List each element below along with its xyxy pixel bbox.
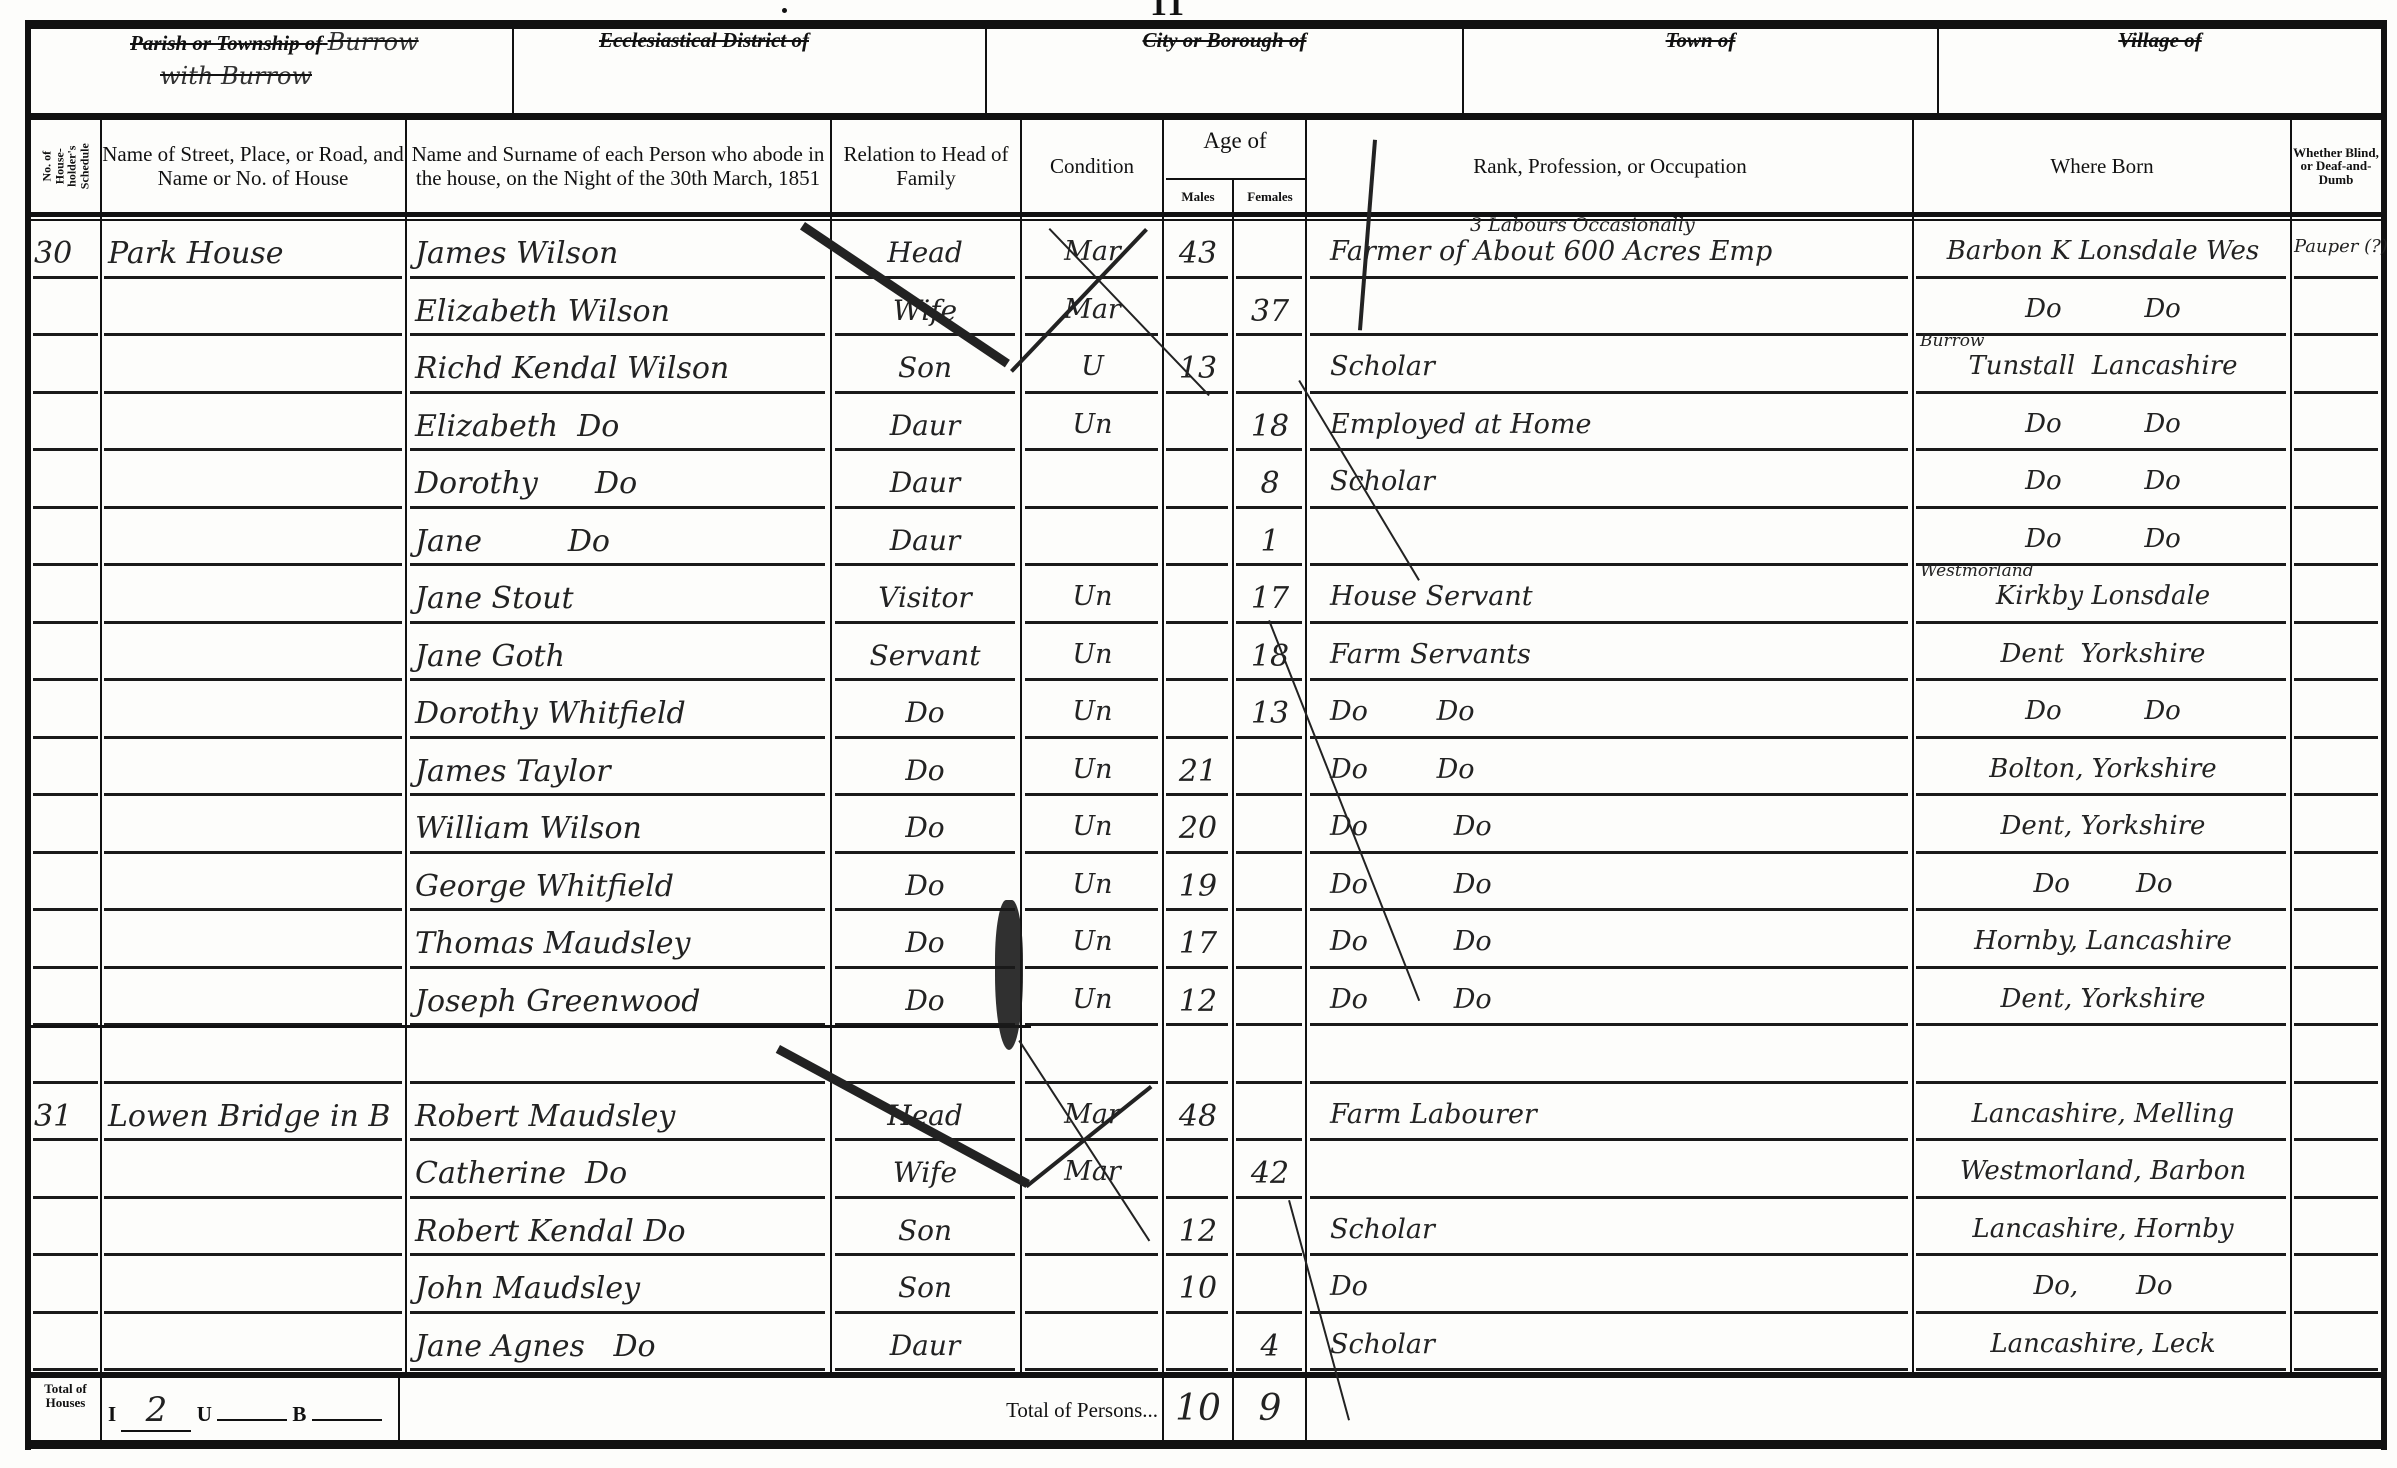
row-rule: [1166, 1023, 1228, 1026]
row-rule: [410, 1138, 825, 1141]
row-rule: [104, 276, 402, 279]
cell-name: Thomas Maudsley: [415, 926, 825, 961]
row-rule: [1236, 966, 1302, 969]
row-rule: [33, 621, 98, 624]
cell-occupation: Farmer of About 600 Acres Emp: [1330, 236, 1910, 267]
col-header-schedule: No. of House-holder's Schedule: [31, 120, 100, 212]
cell-female-age: 1: [1236, 524, 1304, 559]
row-rule: [104, 506, 402, 509]
building-label: B: [292, 1402, 306, 1426]
cell-born: Lancashire, Leck: [1918, 1329, 2288, 1359]
row-rule: [1166, 276, 1228, 279]
row-rule: [1916, 851, 2286, 854]
row-rule: [1236, 736, 1302, 739]
row-rule: [410, 1311, 825, 1314]
row-rule: [835, 333, 1015, 336]
cell-occupation: House Servant: [1330, 581, 1910, 612]
cell-name: Dorothy Do: [415, 466, 825, 501]
row-rule: [104, 1081, 402, 1084]
row-rule: [33, 1311, 98, 1314]
cell-condition: Mar: [1025, 236, 1160, 267]
cell-condition: Un: [1025, 581, 1160, 612]
row-rule: [410, 506, 825, 509]
row-rule: [1916, 793, 2286, 796]
cell-male-age: 21: [1166, 754, 1230, 789]
row-rule: [2294, 621, 2378, 624]
cell-relation: Visitor: [835, 581, 1015, 614]
row-rule: [2294, 1368, 2378, 1371]
row-rule: [835, 793, 1015, 796]
row-rule: [2294, 1311, 2378, 1314]
row-rule: [1236, 391, 1302, 394]
row-rule: [33, 1253, 98, 1256]
row-rule: [1236, 1196, 1302, 1199]
cell-born: Tunstall Lancashire: [1918, 351, 2288, 381]
row-rule: [1310, 1253, 1908, 1256]
row-rule: [835, 563, 1015, 566]
cell-name: Dorothy Whitfield: [415, 696, 825, 731]
cell-name: James Taylor: [415, 754, 825, 789]
row-rule: [410, 391, 825, 394]
cell-occupation: Do Do: [1330, 811, 1910, 842]
row-rule: [1236, 276, 1302, 279]
row-rule: [1310, 1081, 1908, 1084]
row-rule: [1916, 908, 2286, 911]
ink-blot: [995, 900, 1023, 1050]
cell-occupation: Do Do: [1330, 869, 1910, 900]
parish-field: Parish or Township of Burrow with Burrow: [110, 28, 510, 108]
row-rule: [1025, 966, 1158, 969]
row-rule: [2294, 678, 2378, 681]
cell-born: Dent, Yorkshire: [1918, 811, 2288, 841]
row-rule: [1025, 621, 1158, 624]
cell-born: Dent, Yorkshire: [1918, 984, 2288, 1014]
col-header-born: Where Born: [1914, 120, 2290, 212]
cell-occupation: Do: [1330, 1271, 1910, 1302]
cell-condition: Un: [1025, 639, 1160, 670]
row-rule: [2294, 1138, 2378, 1141]
cell-occupation: Farm Servants: [1330, 639, 1910, 670]
row-rule: [1025, 563, 1158, 566]
row-rule: [1166, 506, 1228, 509]
row-rule: [1310, 793, 1908, 796]
row-rule: [1166, 793, 1228, 796]
row-rule: [835, 1081, 1015, 1084]
row-rule: [1236, 1311, 1302, 1314]
cell-name: Robert Maudsley: [415, 1099, 825, 1134]
cell-born: Dent Yorkshire: [1918, 639, 2288, 669]
row-rule: [835, 1368, 1015, 1371]
row-rule: [1166, 1311, 1228, 1314]
household-end-line: [31, 1025, 1031, 1028]
row-rule: [410, 1081, 825, 1084]
row-rule: [1916, 1081, 2286, 1084]
row-rule: [2294, 276, 2378, 279]
cell-born: Kirkby Lonsdale: [1918, 581, 2288, 611]
row-rule: [1310, 678, 1908, 681]
cell-name: Robert Kendal Do: [415, 1214, 825, 1249]
row-rule: [1310, 276, 1908, 279]
row-rule: [1236, 1368, 1302, 1371]
row-rule: [835, 621, 1015, 624]
row-rule: [33, 736, 98, 739]
cell-relation: Do: [835, 869, 1015, 902]
row-rule: [1916, 448, 2286, 451]
cell-name: George Whitfield: [415, 869, 825, 904]
address: Lowen Bridge in B: [108, 1099, 403, 1134]
row-rule: [104, 333, 402, 336]
row-rule: [1310, 1311, 1908, 1314]
row-rule: [1166, 621, 1228, 624]
row-rule: [835, 1253, 1015, 1256]
row-rule: [1025, 1253, 1158, 1256]
col-header-street: Name of Street, Place, or Road, and Name…: [102, 120, 404, 212]
cell-relation: Daur: [835, 466, 1015, 499]
cell-female-age: 18: [1236, 409, 1304, 444]
cell-name: Jane Stout: [415, 581, 825, 616]
row-rule: [33, 1081, 98, 1084]
column-header-divider: [25, 212, 2387, 217]
cell-female-age: 18: [1236, 639, 1304, 674]
row-rule: [1310, 621, 1908, 624]
address: Park House: [108, 236, 403, 271]
cell-condition: Un: [1025, 984, 1160, 1015]
cell-male-age: 12: [1166, 984, 1230, 1019]
row-rule: [33, 793, 98, 796]
cell-relation: Do: [835, 696, 1015, 729]
row-rule: [2294, 1081, 2378, 1084]
row-rule: [835, 1311, 1015, 1314]
row-rule: [1236, 908, 1302, 911]
row-rule: [1916, 1196, 2286, 1199]
cell-name: John Maudsley: [415, 1271, 825, 1306]
cell-relation: Daur: [835, 1329, 1015, 1362]
row-rule: [33, 1368, 98, 1371]
inhabited-label: I: [108, 1402, 116, 1426]
row-rule: [410, 851, 825, 854]
cell-female-age: 42: [1236, 1156, 1304, 1191]
cell-condition: Un: [1025, 869, 1160, 900]
row-rule: [1236, 448, 1302, 451]
row-rule: [33, 333, 98, 336]
frame-bottom: [25, 1440, 2387, 1449]
row-rule: [1166, 851, 1228, 854]
row-rule: [33, 563, 98, 566]
row-rule: [835, 678, 1015, 681]
cell-relation: Servant: [835, 639, 1015, 672]
row-rule: [33, 1138, 98, 1141]
cell-name: Jane Goth: [415, 639, 825, 674]
cell-name: Jane Do: [415, 524, 825, 559]
row-rule: [104, 448, 402, 451]
cell-occupation: Do Do: [1330, 696, 1910, 727]
row-rule: [1236, 563, 1302, 566]
born-note: Westmorland: [1920, 561, 2034, 581]
building-value: [312, 1419, 382, 1421]
row-rule: [1916, 678, 2286, 681]
cell-occupation: Farm Labourer: [1330, 1099, 1910, 1130]
row-rule: [104, 908, 402, 911]
cell-born: Barbon K Lonsdale Wes: [1918, 236, 2288, 266]
houses-totals: I 2 U B: [108, 1390, 398, 1430]
row-rule: [1166, 1368, 1228, 1371]
row-rule: [2294, 736, 2378, 739]
col-header-females: Females: [1234, 182, 1306, 212]
cell-born: Do Do: [1918, 409, 2288, 439]
row-rule: [1025, 793, 1158, 796]
row-rule: [33, 908, 98, 911]
row-rule: [835, 908, 1015, 911]
row-rule: [104, 391, 402, 394]
row-rule: [33, 966, 98, 969]
cell-male-age: 19: [1166, 869, 1230, 904]
cell-born: Do Do: [1918, 466, 2288, 496]
col-header-relation: Relation to Head of Family: [832, 120, 1020, 212]
row-rule: [410, 333, 825, 336]
row-rule: [1310, 1196, 1908, 1199]
cell-name: William Wilson: [415, 811, 825, 846]
ecclesiastical-field: Ecclesiastical District of: [514, 28, 984, 108]
row-rule: [410, 736, 825, 739]
row-rule: [410, 966, 825, 969]
row-rule: [1025, 506, 1158, 509]
cell-name: Jane Agnes Do: [415, 1329, 825, 1364]
parish-value: Burrow: [328, 28, 419, 56]
village-field: Village of: [1939, 28, 2381, 108]
total-persons-label: Total of Persons...: [900, 1398, 1158, 1423]
row-rule: [1025, 1368, 1158, 1371]
row-rule: [1916, 621, 2286, 624]
col-header-blind: Whether Blind, or Deaf-and-Dumb: [2292, 120, 2380, 212]
header-divider: [25, 113, 2387, 120]
cell-male-age: 48: [1166, 1099, 1230, 1134]
cell-born: Westmorland, Barbon: [1918, 1156, 2288, 1186]
row-rule: [1166, 333, 1228, 336]
row-rule: [1236, 793, 1302, 796]
row-rule: [410, 793, 825, 796]
row-rule: [1025, 1138, 1158, 1141]
row-rule: [33, 391, 98, 394]
row-rule: [1025, 448, 1158, 451]
cell-born: Do Do: [1918, 524, 2288, 554]
row-rule: [1310, 448, 1908, 451]
row-rule: [104, 1311, 402, 1314]
footer-divider: [25, 1372, 2387, 1378]
cell-relation: Daur: [835, 409, 1015, 442]
row-rule: [835, 966, 1015, 969]
row-rule: [835, 506, 1015, 509]
city-field: City or Borough of: [987, 28, 1462, 108]
cell-born: Hornby, Lancashire: [1918, 926, 2288, 956]
cell-female-age: 8: [1236, 466, 1304, 501]
row-rule: [1166, 1253, 1228, 1256]
row-rule: [1916, 276, 2286, 279]
row-rule: [1025, 908, 1158, 911]
row-rule: [1025, 736, 1158, 739]
cell-male-age: 43: [1166, 236, 1230, 271]
row-rule: [1236, 1138, 1302, 1141]
row-rule: [1025, 391, 1158, 394]
cell-female-age: 17: [1236, 581, 1304, 616]
cell-name: Catherine Do: [415, 1156, 825, 1191]
row-rule: [2294, 333, 2378, 336]
cell-born: Do Do: [1918, 696, 2288, 726]
cell-condition: U: [1025, 351, 1160, 382]
row-rule: [2294, 1253, 2378, 1256]
row-rule: [1166, 678, 1228, 681]
cell-male-age: 20: [1166, 811, 1230, 846]
row-rule: [1025, 1196, 1158, 1199]
cell-name: Joseph Greenwood: [415, 984, 825, 1019]
row-rule: [835, 1138, 1015, 1141]
row-rule: [2294, 563, 2378, 566]
cell-relation: Son: [835, 1271, 1015, 1304]
row-rule: [1236, 1253, 1302, 1256]
row-rule: [33, 678, 98, 681]
cell-relation: Do: [835, 926, 1015, 959]
row-rule: [410, 563, 825, 566]
cell-male-age: 10: [1166, 1271, 1230, 1306]
cell-relation: Daur: [835, 524, 1015, 557]
row-rule: [1916, 736, 2286, 739]
cell-condition: Un: [1025, 926, 1160, 957]
cell-female-age: 13: [1236, 696, 1304, 731]
cell-male-age: 17: [1166, 926, 1230, 961]
row-rule: [1025, 276, 1158, 279]
row-rule: [2294, 506, 2378, 509]
row-rule: [1310, 736, 1908, 739]
row-rule: [1310, 966, 1908, 969]
row-rule: [835, 448, 1015, 451]
cell-born: Do Do: [1918, 294, 2288, 324]
cell-condition: Un: [1025, 811, 1160, 842]
row-rule: [1025, 678, 1158, 681]
cell-name: James Wilson: [415, 236, 825, 271]
row-rule: [2294, 966, 2378, 969]
row-rule: [33, 506, 98, 509]
row-rule: [1310, 908, 1908, 911]
row-rule: [410, 276, 825, 279]
row-rule: [1025, 1023, 1158, 1026]
cell-name: Richd Kendal Wilson: [415, 351, 825, 386]
col-header-condition: Condition: [1022, 120, 1162, 212]
row-rule: [33, 448, 98, 451]
cell-relation: Do: [835, 811, 1015, 844]
row-rule: [1166, 563, 1228, 566]
uninhabited-value: [217, 1419, 287, 1421]
cell-born: Lancashire, Melling: [1918, 1099, 2288, 1129]
row-rule: [1025, 1311, 1158, 1314]
cell-occupation: Employed at Home: [1330, 409, 1910, 440]
row-rule: [2294, 1023, 2378, 1026]
row-rule: [2294, 908, 2378, 911]
cell-occupation: Scholar: [1330, 1329, 1910, 1360]
parish-value-line2: with Burrow: [160, 62, 312, 90]
row-rule: [1310, 1138, 1908, 1141]
row-rule: [835, 1196, 1015, 1199]
row-rule: [1916, 1368, 2286, 1371]
row-rule: [1916, 1311, 2286, 1314]
row-rule: [835, 736, 1015, 739]
cell-condition: Mar: [1025, 1099, 1160, 1130]
row-rule: [1310, 1023, 1908, 1026]
cell-name: Elizabeth Do: [415, 409, 825, 444]
row-rule: [104, 678, 402, 681]
row-rule: [1166, 448, 1228, 451]
row-rule: [1310, 333, 1908, 336]
row-rule: [1310, 391, 1908, 394]
row-rule: [835, 851, 1015, 854]
row-rule: [2294, 851, 2378, 854]
row-rule: [2294, 793, 2378, 796]
row-rule: [104, 736, 402, 739]
cell-condition: Un: [1025, 754, 1160, 785]
cell-occupation: Scholar: [1330, 1214, 1910, 1245]
row-rule: [33, 276, 98, 279]
row-rule: [104, 1196, 402, 1199]
total-males: 10: [1164, 1388, 1232, 1429]
col-header-males: Males: [1164, 182, 1232, 212]
total-houses-label: Total of Houses: [31, 1382, 100, 1409]
row-rule: [410, 908, 825, 911]
row-rule: [1166, 1138, 1228, 1141]
row-rule: [104, 563, 402, 566]
cell-occupation: Do Do: [1330, 926, 1910, 957]
cell-relation: Do: [835, 984, 1015, 1017]
row-rule: [410, 678, 825, 681]
cell-female-age: 4: [1236, 1329, 1304, 1364]
cell-occupation: Do Do: [1330, 754, 1910, 785]
cell-male-age: 13: [1166, 351, 1230, 386]
row-rule: [1166, 1081, 1228, 1084]
row-rule: [104, 1253, 402, 1256]
row-rule: [1236, 851, 1302, 854]
row-rule: [1916, 966, 2286, 969]
row-rule: [1166, 966, 1228, 969]
row-rule: [1166, 908, 1228, 911]
col-header-name: Name and Surname of each Person who abod…: [407, 120, 829, 212]
schedule-number: 30: [34, 236, 98, 271]
row-rule: [1916, 506, 2286, 509]
cell-occupation: Scholar: [1330, 351, 1910, 382]
row-rule: [1236, 1081, 1302, 1084]
col-header-occupation: Rank, Profession, or Occupation: [1308, 120, 1912, 212]
row-rule: [1166, 391, 1228, 394]
row-rule: [104, 851, 402, 854]
row-rule: [2294, 1196, 2378, 1199]
uninhabited-label: U: [197, 1402, 212, 1426]
row-rule: [410, 448, 825, 451]
row-rule: [1025, 851, 1158, 854]
col-header-age: Age of: [1164, 120, 1306, 178]
cell-born: Do Do: [1918, 869, 2288, 899]
cell-condition: Un: [1025, 696, 1160, 727]
row-rule: [1310, 506, 1908, 509]
row-rule: [104, 1138, 402, 1141]
cell-male-age: 12: [1166, 1214, 1230, 1249]
inhabited-value: 2: [121, 1390, 191, 1432]
row-rule: [1236, 506, 1302, 509]
row-rule: [1916, 1138, 2286, 1141]
row-rule: [1310, 851, 1908, 854]
cell-born: Bolton, Yorkshire: [1918, 754, 2288, 784]
row-rule: [2294, 448, 2378, 451]
row-rule: [1236, 1023, 1302, 1026]
row-rule: [33, 1196, 98, 1199]
row-rule: [2294, 391, 2378, 394]
cell-female-age: 37: [1236, 294, 1304, 329]
row-rule: [1310, 563, 1908, 566]
